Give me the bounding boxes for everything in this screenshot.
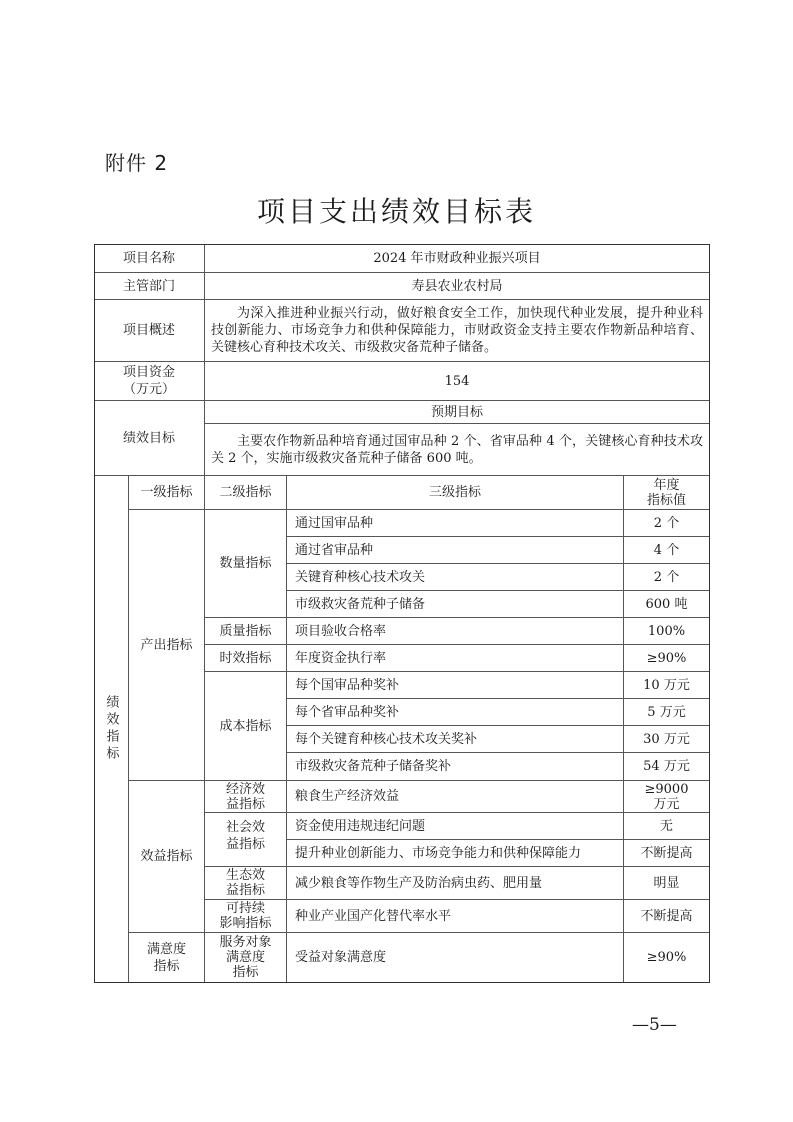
page-number: —5—	[632, 1015, 677, 1035]
level2-service-line3: 指标	[232, 965, 258, 980]
attachment-label: 附件 2	[105, 147, 168, 176]
indicator-value: 10 万元	[624, 672, 710, 699]
level3-item: 市级救灾备荒种子储备奖补	[287, 753, 624, 781]
level2-cost: 成本指标	[205, 672, 287, 781]
overview-value: 为深入推进种业振兴行动，做好粮食安全工作，加快现代种业发展，提升种业科技创新能力…	[205, 300, 710, 362]
header-value-line2: 指标值	[647, 493, 686, 508]
header-level1: 一级指标	[129, 476, 205, 510]
page-title: 项目支出绩效目标表	[0, 190, 793, 230]
level2-ecological: 生态效 益指标	[205, 867, 287, 900]
goal-label: 绩效目标	[94, 401, 205, 476]
level2-social-line1: 社会效	[226, 819, 265, 836]
value-line2: 万元	[653, 797, 679, 812]
goal-header: 预期目标	[205, 401, 710, 424]
level2-quantity: 数量指标	[205, 510, 287, 618]
level3-item: 市级救灾备荒种子储备	[287, 591, 624, 618]
level3-item: 减少粮食等作物生产及防治病虫药、肥用量	[287, 867, 624, 900]
performance-target-table: 项目名称 2024 年市财政种业振兴项目 主管部门 寿县农业农村局 项目概述 为…	[94, 244, 710, 983]
level2-service-line2: 满意度	[226, 950, 265, 965]
indicator-value: 2 个	[624, 510, 710, 537]
overview-text: 为深入推进种业振兴行动，做好粮食安全工作，加快现代种业发展，提升种业科技创新能力…	[211, 305, 703, 356]
indicator-value: 无	[624, 813, 710, 840]
dept-value: 寿县农业农村局	[205, 273, 710, 300]
level2-economic: 经济效 益指标	[205, 781, 287, 813]
indicator-value: 4 个	[624, 537, 710, 564]
level2-service-satisfaction: 服务对象 满意度 指标	[205, 933, 287, 983]
level2-timeliness: 时效指标	[205, 645, 287, 672]
level2-social: 社会效 益指标	[205, 813, 287, 867]
indicator-value: 不断提高	[624, 840, 710, 867]
indicator-value: 5 万元	[624, 699, 710, 726]
level1-satisfaction: 满意度 指标	[129, 933, 205, 983]
indicator-value: 30 万元	[624, 726, 710, 753]
level2-sustainable-line1: 可持续	[226, 901, 265, 916]
funds-label-line2: （万元）	[123, 381, 175, 398]
dept-label: 主管部门	[94, 273, 205, 300]
level1-benefit: 效益指标	[129, 781, 205, 933]
level3-item: 每个关键育种核心技术攻关奖补	[287, 726, 624, 753]
overview-label: 项目概述	[94, 300, 205, 362]
header-level2: 二级指标	[205, 476, 287, 510]
level2-quality: 质量指标	[205, 618, 287, 645]
level1-satisfaction-line2: 指标	[153, 958, 179, 975]
indicator-value: 600 吨	[624, 591, 710, 618]
header-value: 年度 指标值	[624, 476, 710, 510]
value-line1: ≥9000	[645, 782, 689, 797]
level3-item: 每个省审品种奖补	[287, 699, 624, 726]
level3-item: 每个国审品种奖补	[287, 672, 624, 699]
level2-ecological-line1: 生态效	[226, 868, 265, 883]
funds-label: 项目资金 （万元）	[94, 362, 205, 401]
level2-sustainable: 可持续 影响指标	[205, 900, 287, 933]
level2-social-line2: 益指标	[226, 836, 265, 853]
level3-item: 通过省审品种	[287, 537, 624, 564]
goal-text: 主要农作物新品种培育通过国审品种 2 个、省审品种 4 个，关键核心育种技术攻关…	[211, 433, 703, 467]
level2-service-line1: 服务对象	[219, 935, 271, 950]
level3-item: 项目验收合格率	[287, 618, 624, 645]
indicator-value: ≥90%	[624, 933, 710, 983]
indicator-value: 100%	[624, 618, 710, 645]
goal-value: 主要农作物新品种培育通过国审品种 2 个、省审品种 4 个，关键核心育种技术攻关…	[205, 424, 710, 476]
level2-economic-line2: 益指标	[226, 797, 265, 812]
level1-satisfaction-line1: 满意度	[147, 941, 186, 958]
level3-item: 种业产业国产化替代率水平	[287, 900, 624, 933]
indicator-section-label: 绩效指标	[94, 476, 129, 983]
level2-economic-line1: 经济效	[226, 782, 265, 797]
funds-label-line1: 项目资金	[123, 364, 175, 381]
level3-item: 通过国审品种	[287, 510, 624, 537]
level3-item: 关键育种核心技术攻关	[287, 564, 624, 591]
level3-item: 粮食生产经济效益	[287, 781, 624, 813]
project-name-label: 项目名称	[94, 244, 205, 273]
level3-item: 资金使用违规违纪问题	[287, 813, 624, 840]
level3-item: 年度资金执行率	[287, 645, 624, 672]
funds-value: 154	[205, 362, 710, 401]
indicator-value: ≥9000 万元	[624, 781, 710, 813]
indicator-value: 不断提高	[624, 900, 710, 933]
indicator-value: 54 万元	[624, 753, 710, 781]
indicator-section-text: 绩效指标	[103, 695, 120, 763]
indicator-value: ≥90%	[624, 645, 710, 672]
level2-sustainable-line2: 影响指标	[219, 916, 271, 931]
level1-output: 产出指标	[129, 510, 205, 781]
project-name-value: 2024 年市财政种业振兴项目	[205, 244, 710, 273]
level2-ecological-line2: 益指标	[226, 883, 265, 898]
indicator-value: 2 个	[624, 564, 710, 591]
level3-item: 受益对象满意度	[287, 933, 624, 983]
header-value-line1: 年度	[653, 478, 679, 493]
header-level3: 三级指标	[287, 476, 624, 510]
level3-item: 提升种业创新能力、市场竞争能力和供种保障能力	[287, 840, 624, 867]
indicator-value: 明显	[624, 867, 710, 900]
